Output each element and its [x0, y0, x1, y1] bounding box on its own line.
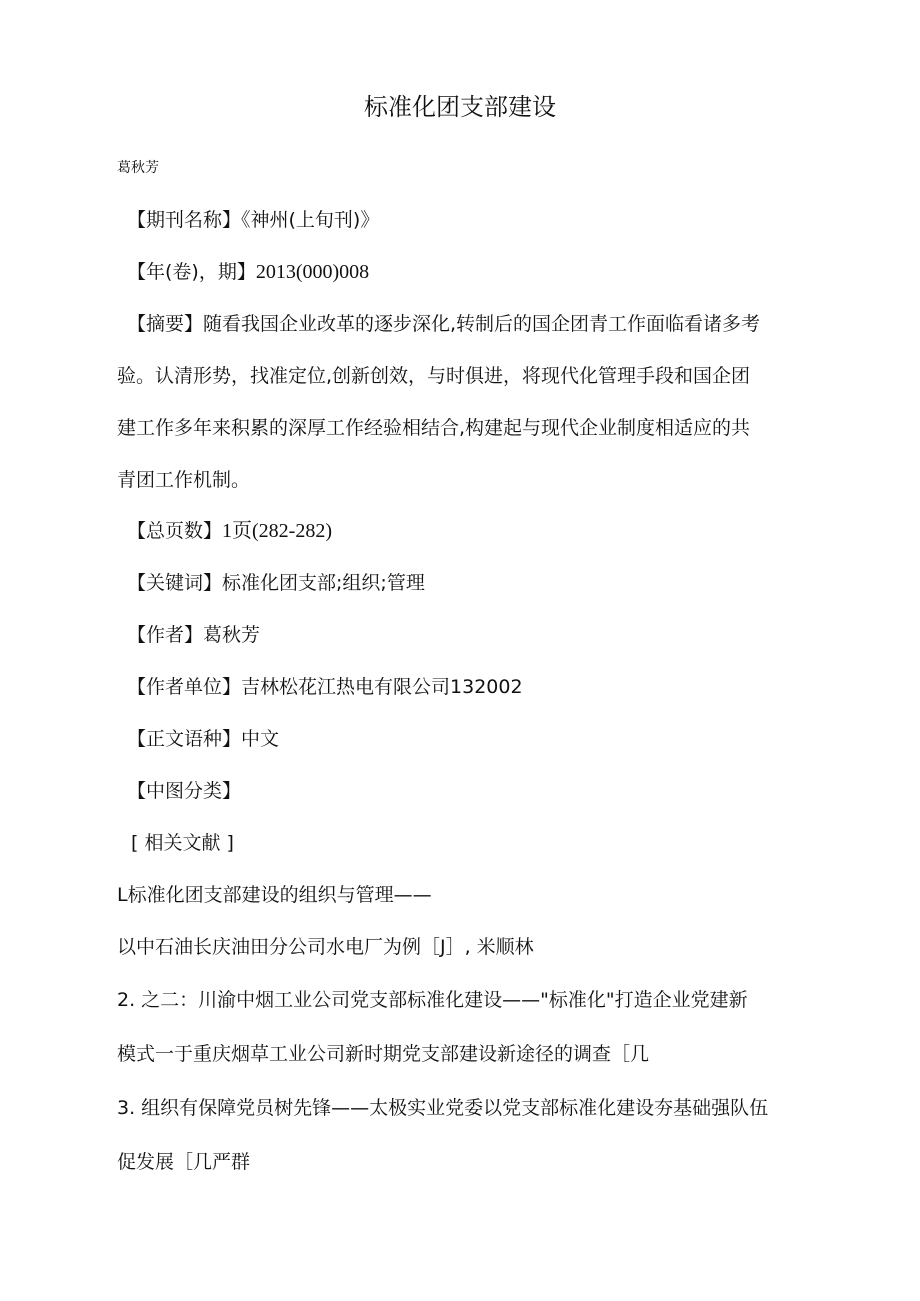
field-label: 【中图分类】 — [127, 780, 241, 802]
field-value: 葛秋芳 — [203, 624, 260, 646]
field-value: 吉林松花江热电有限公司132002 — [241, 676, 523, 698]
field-label: 【关键词】 — [127, 572, 222, 594]
abstract-line-1: 【摘要】随看我国企业改革的逐步深化,转制后的国企团青工作面临看诸多考 — [127, 310, 760, 338]
field-value: 《神州(上旬刊)》 — [241, 209, 379, 231]
field-author: 【作者】葛秋芳 — [127, 621, 260, 649]
field-value: 1页(282-282) — [222, 520, 332, 542]
field-label: 【总页数】 — [127, 520, 222, 542]
author-byline: 葛秋芳 — [117, 158, 159, 178]
abstract-line-4: 青团工作机制。 — [117, 466, 250, 494]
related-heading: [ 相关文献 ] — [131, 829, 234, 857]
field-label: 【摘要】 — [127, 313, 203, 335]
document-title: 标准化团支部建设 — [0, 90, 920, 124]
field-affiliation: 【作者单位】吉林松花江热电有限公司132002 — [127, 673, 523, 701]
related-item-2-line-2: 模式一于重庆烟草工业公司新时期党支部建设新途径的调查［几 — [117, 1040, 649, 1068]
abstract-line-3: 建工作多年来积累的深厚工作经验相结合,构建起与现代企业制度相适应的共 — [117, 414, 750, 442]
field-label: 【作者单位】 — [127, 676, 241, 698]
field-label: 【期刊名称】 — [127, 209, 241, 231]
field-value: 标准化团支部;组织;管理 — [222, 572, 425, 594]
field-label: 【正文语种】 — [127, 728, 241, 750]
field-value: 中文 — [241, 728, 279, 750]
field-label: 【作者】 — [127, 624, 203, 646]
related-item-2-line-1: 2. 之二：川渝中烟工业公司党支部标准化建设——"标准化"打造企业党建新 — [117, 986, 748, 1014]
field-clc: 【中图分类】 — [127, 777, 241, 805]
related-item-3-line-1: 3. 组织有保障党员树先锋——太极实业党委以党支部标准化建设夯基础强队伍 — [117, 1094, 768, 1122]
field-value: 2013(000)008 — [256, 261, 369, 283]
related-item-1-line-1: L标准化团支部建设的组织与管理—— — [117, 881, 432, 909]
field-language: 【正文语种】中文 — [127, 725, 279, 753]
document-page: 标准化团支部建设 葛秋芳 【期刊名称】《神州(上旬刊)》 【年(卷)，期】201… — [0, 0, 920, 1301]
related-item-1-line-2: 以中石油长庆油田分公司水电厂为例［J］, 米顺林 — [117, 933, 534, 961]
field-keywords: 【关键词】标准化团支部;组织;管理 — [127, 569, 425, 597]
field-journal: 【期刊名称】《神州(上旬刊)》 — [127, 206, 379, 234]
abstract-line-2: 验。认清形势，找准定位,创新创效，与时俱进，将现代化管理手段和国企团 — [117, 362, 750, 390]
abstract-text: 随看我国企业改革的逐步深化,转制后的国企团青工作面临看诸多考 — [203, 313, 760, 335]
field-volume-issue: 【年(卷)，期】2013(000)008 — [127, 258, 369, 286]
field-total-pages: 【总页数】1页(282-282) — [127, 517, 332, 545]
field-label: 【年(卷)，期】 — [127, 261, 256, 283]
related-item-3-line-2: 促发展［几严群 — [117, 1148, 250, 1176]
